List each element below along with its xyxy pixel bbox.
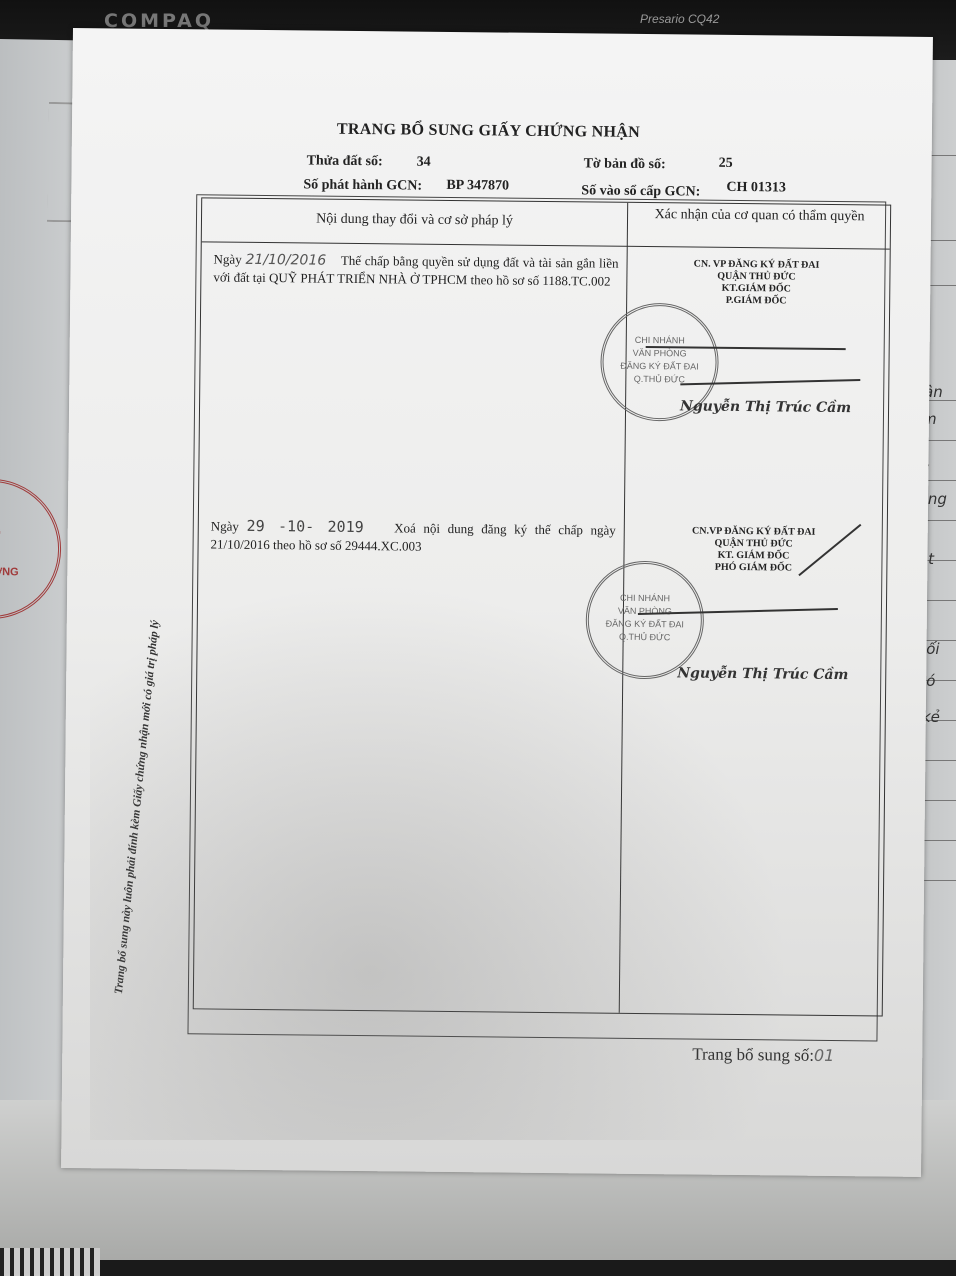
- seal-line: NG: [0, 522, 59, 543]
- seal-line: Q.THỦ ĐỨC: [603, 373, 715, 387]
- seal-line: ĐĂNG KÝ ĐẤT ĐAI: [603, 360, 715, 374]
- signer-name-1: Nguyễn Thị Trúc Cầm: [680, 398, 851, 416]
- entry-date-stamp: 29 -10- 2019: [246, 517, 363, 536]
- table-row-entry-1: Ngày 21/10/2016 Thế chấp bằng quyền sử d…: [213, 250, 618, 290]
- parcel-label: Thửa đất số:: [307, 153, 383, 170]
- side-note-vertical: Trang bổ sung này luôn phải đính kèm Giấ…: [113, 620, 162, 995]
- header-content-changes: Nội dung thay đổi và cơ sở pháp lý: [202, 210, 627, 230]
- seal-line: Q.THỦ ĐỨC: [589, 630, 701, 644]
- seal-line: ƯỜNG: [0, 562, 58, 583]
- entry-date: 21/10/2016: [245, 252, 326, 269]
- seal-line: ĐĂNG KÝ ĐẤT ĐAI: [589, 617, 701, 631]
- page-title: TRANG BỔ SUNG GIẤY CHỨNG NHẬN: [337, 121, 640, 142]
- seal-line: VĂN PHÒNG: [604, 347, 716, 361]
- register-number-value: CH 01313: [726, 180, 786, 197]
- barcode: [0, 1248, 100, 1276]
- footer-value: 01: [814, 1046, 835, 1065]
- seal-line: NG: [0, 542, 58, 563]
- issue-number-value: BP 347870: [446, 178, 509, 195]
- header-authority-confirmation: Xác nhận của cơ quan có thẩm quyền: [632, 206, 887, 227]
- red-seal-stamp: NG NG ƯỜNG: [0, 478, 62, 620]
- changes-table: Nội dung thay đổi và cơ sở pháp lý Xác n…: [193, 197, 891, 1016]
- confirmation-block-1: CN. VP ĐĂNG KÝ ĐẤT ĐAI QUẬN THỦ ĐỨC KT.G…: [631, 258, 881, 309]
- seal-line: CHI NHÁNH: [589, 591, 701, 605]
- date-prefix: Ngày: [214, 251, 242, 266]
- table-row-entry-2: Ngày 29 -10- 2019 Xoá nội dung đăng ký t…: [211, 516, 616, 557]
- certificate-supplement-page: TRANG BỔ SUNG GIẤY CHỨNG NHẬN Thửa đất s…: [61, 28, 933, 1177]
- footer-label: Trang bổ sung số:: [692, 1045, 814, 1065]
- map-sheet-value: 25: [719, 156, 733, 172]
- parcel-value: 34: [417, 155, 431, 171]
- official-seal-2: CHI NHÁNH VĂN PHÒNG ĐĂNG KÝ ĐẤT ĐAI Q.TH…: [585, 560, 704, 679]
- supplement-page-number: Trang bổ sung số:01: [692, 1045, 834, 1066]
- date-prefix: Ngày: [211, 518, 239, 533]
- table-header: Nội dung thay đổi và cơ sở pháp lý Xác n…: [202, 198, 890, 249]
- signer-name-2: Nguyễn Thị Trúc Cầm: [677, 665, 848, 683]
- laptop-model-label: Presario CQ42: [640, 12, 719, 26]
- map-sheet-label: Tờ bản đồ số:: [584, 156, 666, 173]
- issue-number-label: Số phát hành GCN:: [303, 177, 422, 194]
